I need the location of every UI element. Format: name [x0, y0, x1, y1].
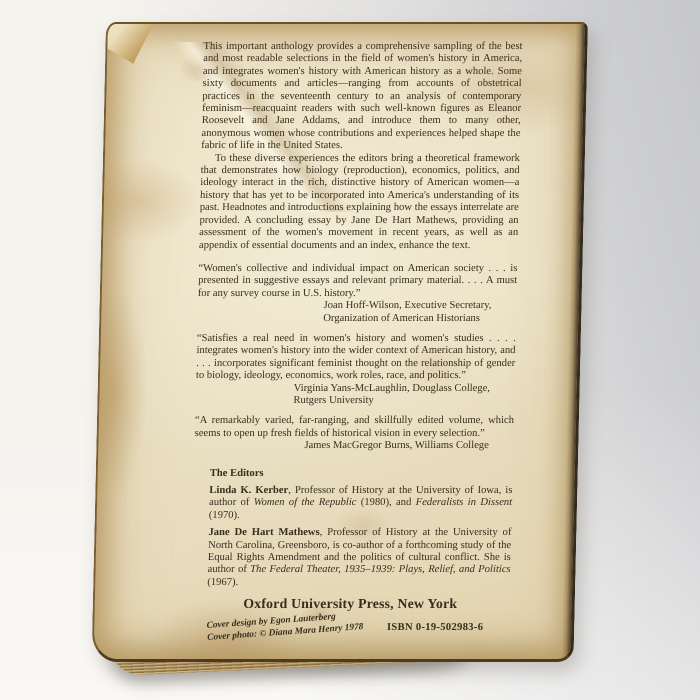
- review-quote-3-attribution: James MacGregor Burns, Williams College: [304, 440, 513, 452]
- book-title-italic: Women of the Republic: [254, 497, 357, 508]
- review-quote-1-text: “Women's collective and individual impac…: [198, 263, 518, 300]
- review-quote-1: “Women's collective and individual impac…: [197, 263, 517, 325]
- editor-bio-mathews: Jane De Hart Mathews, Professor of Histo…: [207, 527, 511, 589]
- photo-background: This important anthology provides a comp…: [0, 0, 700, 700]
- attribution-line: Rutgers University: [293, 395, 514, 407]
- book-back-cover: This important anthology provides a comp…: [91, 22, 588, 662]
- isbn: ISBN 0-19-502983-6: [387, 622, 484, 634]
- bio-text: (1980), and: [356, 497, 416, 508]
- editor-name: Jane De Hart Mathews: [208, 527, 319, 538]
- review-quote-1-attribution: Joan Hoff-Wilson, Executive Secretary, O…: [323, 300, 517, 325]
- blurb-paragraph-1: This important anthology provides a comp…: [201, 41, 523, 153]
- book-title-italic: Federalists in Dissent: [416, 497, 513, 508]
- bottom-row: Cover design by Egon Lauterberg Cover ph…: [190, 620, 510, 644]
- attribution-line: Joan Hoff-Wilson, Executive Secretary,: [323, 300, 516, 312]
- review-quote-3-text: “A remarkably varied, far-ranging, and s…: [195, 415, 515, 440]
- back-cover-text: This important anthology provides a comp…: [94, 24, 585, 659]
- publisher-line: Oxford University Press, New York: [191, 598, 510, 610]
- blurb-paragraph-2: To these diverse experiences the editors…: [199, 153, 520, 252]
- bio-text: (1967).: [207, 577, 238, 588]
- editor-name: Linda K. Kerber: [209, 485, 288, 496]
- review-quote-2: “Satisfies a real need in women's histor…: [195, 333, 516, 407]
- book-title-italic: The Federal Theater, 1935–1939: Plays, R…: [250, 564, 511, 575]
- editor-bio-kerber: Linda K. Kerber, Professor of History at…: [209, 485, 513, 522]
- bio-text: (1970).: [209, 510, 240, 521]
- editors-section: The Editors Linda K. Kerber, Professor o…: [207, 468, 513, 590]
- editors-heading: The Editors: [210, 468, 513, 480]
- cover-credits: Cover design by Egon Lauterberg Cover ph…: [206, 609, 363, 644]
- attribution-line: Organization of American Historians: [323, 313, 516, 325]
- review-quote-3: “A remarkably varied, far-ranging, and s…: [194, 415, 514, 452]
- attribution-line: Virginia Yans-McLaughlin, Douglass Colle…: [294, 383, 515, 395]
- review-quote-2-attribution: Virginia Yans-McLaughlin, Douglass Colle…: [293, 383, 515, 408]
- attribution-line: James MacGregor Burns, Williams College: [304, 440, 513, 452]
- review-quote-2-text: “Satisfies a real need in women's histor…: [196, 333, 516, 383]
